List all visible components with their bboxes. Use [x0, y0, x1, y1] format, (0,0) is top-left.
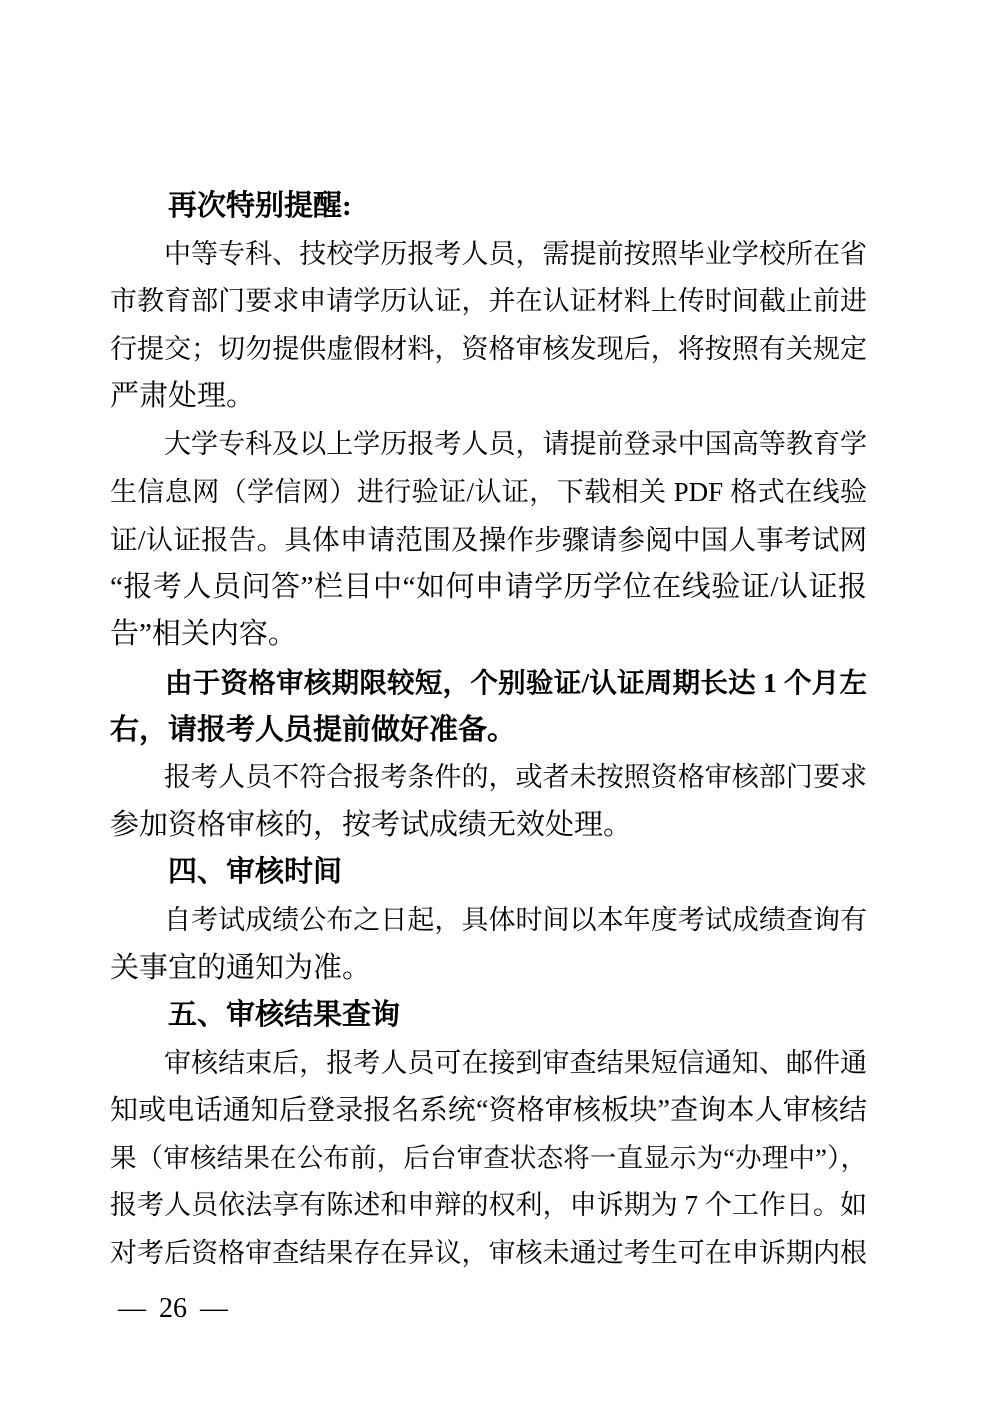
text-line-15: 四、审核时间 [110, 849, 867, 897]
text-line-10: 告”相关内容。 [110, 611, 867, 659]
text-line-22: 报考人员依法享有陈述和申辩的权利，申诉期为 7 个工作日。如 [110, 1182, 867, 1230]
text-line-9: “报考人员问答”栏目中“如何申请学历学位在线验证/认证报 [110, 564, 867, 612]
text-line-8: 证/认证报告。具体申请范围及操作步骤请参阅中国人事考试网 [110, 516, 867, 564]
text-line-21: 果（审核结果在公布前，后台审查状态将一直显示为“办理中”）， [110, 1135, 867, 1183]
text-line-19: 审核结束后，报考人员可在接到审查结果短信通知、邮件通 [110, 1040, 867, 1088]
text-line-18: 五、审核结果查询 [110, 992, 867, 1040]
document-page: 再次特别提醒:中等专科、技校学历报考人员，需提前按照毕业学校所在省市教育部门要求… [0, 0, 993, 1404]
text-line-1: 再次特别提醒: [110, 183, 867, 231]
text-line-23: 对考后资格审查结果存在异议，审核未通过考生可在申诉期内根 [110, 1230, 867, 1278]
text-line-7: 生信息网（学信网）进行验证/认证，下载相关 PDF 格式在线验 [110, 469, 867, 517]
text-line-4: 行提交；切勿提供虚假材料，资格审核发现后，将按照有关规定 [110, 326, 867, 374]
text-line-20: 知或电话通知后登录报名系统“资格审核板块”查询本人审核结 [110, 1087, 867, 1135]
text-line-6: 大学专科及以上学历报考人员，请提前登录中国高等教育学 [110, 421, 867, 469]
text-line-14: 参加资格审核的，按考试成绩无效处理。 [110, 802, 867, 850]
text-line-17: 关事宜的通知为准。 [110, 945, 867, 993]
document-body: 再次特别提醒:中等专科、技校学历报考人员，需提前按照毕业学校所在省市教育部门要求… [110, 183, 867, 1278]
page-number: — 26 — [118, 1293, 228, 1325]
text-line-5: 严肃处理。 [110, 373, 867, 421]
text-line-13: 报考人员不符合报考条件的，或者未按照资格审核部门要求 [110, 754, 867, 802]
text-line-3: 市教育部门要求申请学历认证，并在认证材料上传时间截止前进 [110, 278, 867, 326]
text-line-16: 自考试成绩公布之日起，具体时间以本年度考试成绩查询有 [110, 897, 867, 945]
text-line-12: 右，请报考人员提前做好准备。 [110, 707, 867, 755]
text-line-11: 由于资格审核期限较短，个别验证/认证周期长达 1 个月左 [110, 659, 867, 707]
text-line-2: 中等专科、技校学历报考人员，需提前按照毕业学校所在省 [110, 231, 867, 279]
